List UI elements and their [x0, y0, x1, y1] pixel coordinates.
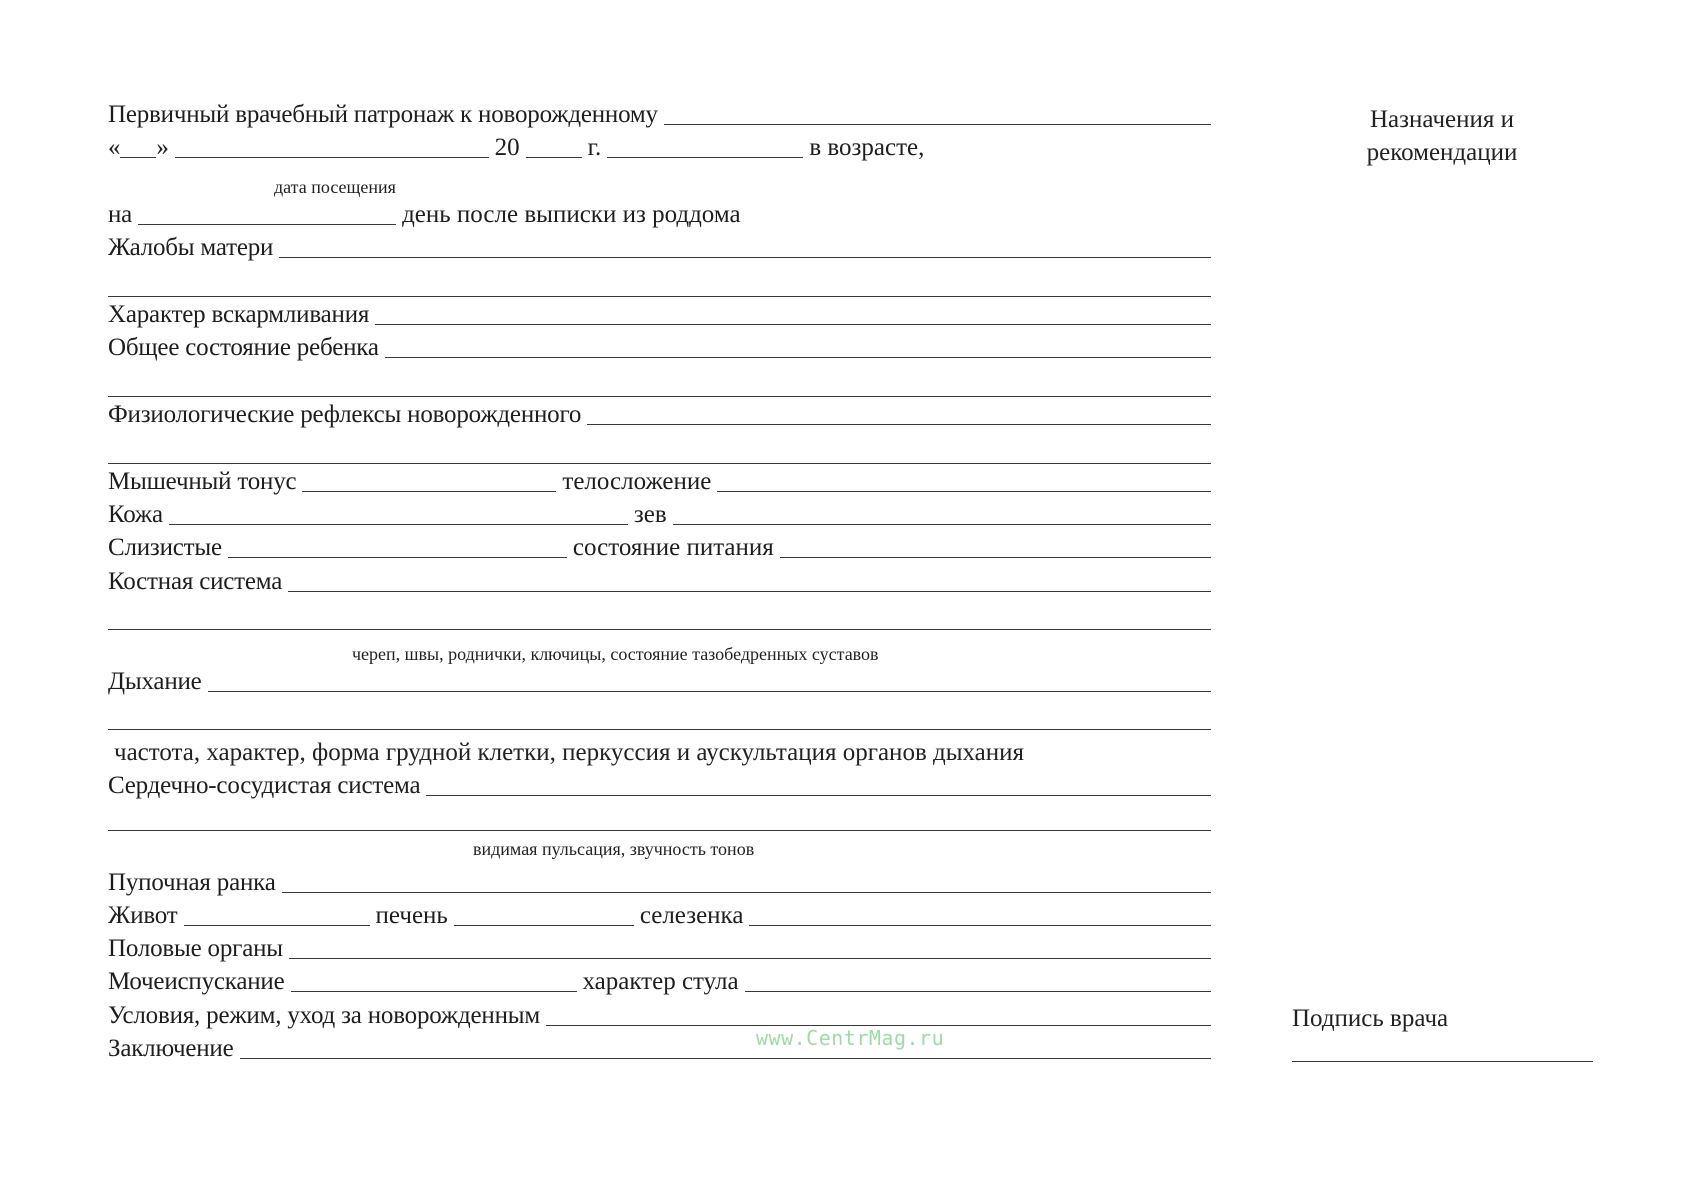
complaints-label: Жалобы матери — [108, 233, 279, 263]
pharynx-label: зев — [628, 500, 673, 530]
row-genitals: Половые органы — [108, 934, 1211, 964]
general-state-field-extra[interactable] — [108, 396, 1211, 397]
mucosa-label: Слизистые — [108, 533, 228, 563]
row-bone-system: Костная система — [108, 567, 1211, 597]
nutrition-field[interactable] — [780, 535, 1211, 558]
umbilical-label: Пупочная ранка — [108, 868, 282, 898]
watermark: www.CentrMag.ru — [756, 1026, 944, 1050]
genitals-label: Половые органы — [108, 934, 289, 964]
care-field[interactable] — [546, 1003, 1211, 1026]
recommendations-heading: Назначения и рекомендации — [1322, 103, 1562, 169]
skin-field[interactable] — [169, 502, 628, 525]
mucosa-field[interactable] — [228, 535, 567, 558]
day-field[interactable] — [120, 135, 156, 158]
row-days-after: на день после выписки из роддома — [108, 200, 1211, 230]
abdomen-field[interactable] — [184, 903, 370, 926]
age-field[interactable] — [607, 135, 803, 158]
stool-label: характер стула — [577, 967, 745, 997]
stool-field[interactable] — [745, 969, 1211, 992]
row-general-state: Общее состояние ребенка — [108, 333, 1211, 363]
muscle-tone-label: Мышечный тонус — [108, 467, 302, 497]
row-breathing: Дыхание — [108, 667, 1211, 697]
cardio-field[interactable] — [426, 773, 1211, 796]
bone-system-hint: череп, швы, роднички, ключицы, состояние… — [352, 643, 879, 665]
care-label: Условия, режим, уход за новорожденным — [108, 1001, 546, 1031]
complaints-field-extra[interactable] — [108, 296, 1211, 297]
quote-open: « — [108, 133, 120, 163]
row-feeding: Характер вскармливания — [108, 300, 1211, 330]
breathing-hint: частота, характер, форма грудной клетки,… — [114, 738, 1024, 768]
cardio-field-extra[interactable] — [108, 830, 1211, 831]
conclusion-label: Заключение — [108, 1034, 240, 1064]
liver-field[interactable] — [454, 903, 634, 926]
row-conclusion: Заключение — [108, 1034, 1211, 1064]
bone-system-field-extra[interactable] — [108, 629, 1211, 630]
title-field[interactable] — [664, 102, 1211, 125]
cardio-hint: видимая пульсация, звучность тонов — [473, 838, 754, 860]
row-skin: Кожа зев — [108, 500, 1211, 530]
month-field[interactable] — [175, 135, 489, 158]
reflexes-field-extra[interactable] — [108, 463, 1211, 464]
row-care: Условия, режим, уход за новорожденным — [108, 1001, 1211, 1031]
pharynx-field[interactable] — [673, 502, 1211, 525]
row-cardio: Сердечно-сосудистая система — [108, 771, 1211, 801]
cardio-label: Сердечно-сосудистая система — [108, 771, 426, 801]
bone-system-field[interactable] — [288, 569, 1211, 592]
row-umbilical: Пупочная ранка — [108, 868, 1211, 898]
row-title: Первичный врачебный патронаж к новорожде… — [108, 100, 1211, 130]
general-state-label: Общее состояние ребенка — [108, 333, 385, 363]
signature-field[interactable] — [1292, 1061, 1593, 1062]
row-reflexes: Физиологические рефлексы новорожденного — [108, 400, 1211, 430]
year-field[interactable] — [526, 135, 582, 158]
form-title: Первичный врачебный патронаж к новорожде… — [108, 100, 664, 130]
feeding-field[interactable] — [375, 302, 1211, 325]
physique-field[interactable] — [717, 469, 1211, 492]
liver-label: печень — [370, 901, 454, 931]
breathing-field[interactable] — [208, 669, 1211, 692]
row-date: « » 20 г. в возрасте, — [108, 133, 1211, 163]
bone-system-label: Костная система — [108, 567, 288, 597]
genitals-field[interactable] — [289, 936, 1211, 959]
muscle-tone-field[interactable] — [302, 469, 556, 492]
day-prefix: на — [108, 200, 138, 230]
row-abdomen: Живот печень селезенка — [108, 901, 1211, 931]
urination-field[interactable] — [291, 969, 577, 992]
signature-label: Подпись врача — [1292, 1004, 1448, 1034]
reflexes-label: Физиологические рефлексы новорожденного — [108, 400, 587, 430]
nutrition-label: состояние питания — [567, 533, 780, 563]
row-muscle-tone: Мышечный тонус телосложение — [108, 467, 1211, 497]
spleen-field[interactable] — [749, 903, 1211, 926]
days-after-field[interactable] — [138, 202, 396, 225]
year-prefix: 20 — [489, 133, 526, 163]
spleen-label: селезенка — [634, 901, 750, 931]
row-urination: Мочеиспускание характер стула — [108, 967, 1211, 997]
conclusion-field[interactable] — [240, 1036, 1212, 1059]
day-suffix: день после выписки из роддома — [396, 200, 747, 230]
row-complaints: Жалобы матери — [108, 233, 1211, 263]
reflexes-field[interactable] — [587, 402, 1211, 425]
general-state-field[interactable] — [385, 335, 1211, 358]
breathing-label: Дыхание — [108, 667, 208, 697]
skin-label: Кожа — [108, 500, 169, 530]
feeding-label: Характер вскармливания — [108, 300, 375, 330]
row-mucosa: Слизистые состояние питания — [108, 533, 1211, 563]
year-suffix: г. — [582, 133, 608, 163]
date-hint: дата посещения — [274, 176, 396, 198]
urination-label: Мочеиспускание — [108, 967, 291, 997]
complaints-field[interactable] — [279, 235, 1211, 258]
quote-close: » — [156, 133, 174, 163]
physique-label: телосложение — [556, 467, 717, 497]
age-label: в возрасте, — [803, 133, 930, 163]
abdomen-label: Живот — [108, 901, 184, 931]
umbilical-field[interactable] — [282, 870, 1211, 893]
breathing-field-extra[interactable] — [108, 729, 1211, 730]
